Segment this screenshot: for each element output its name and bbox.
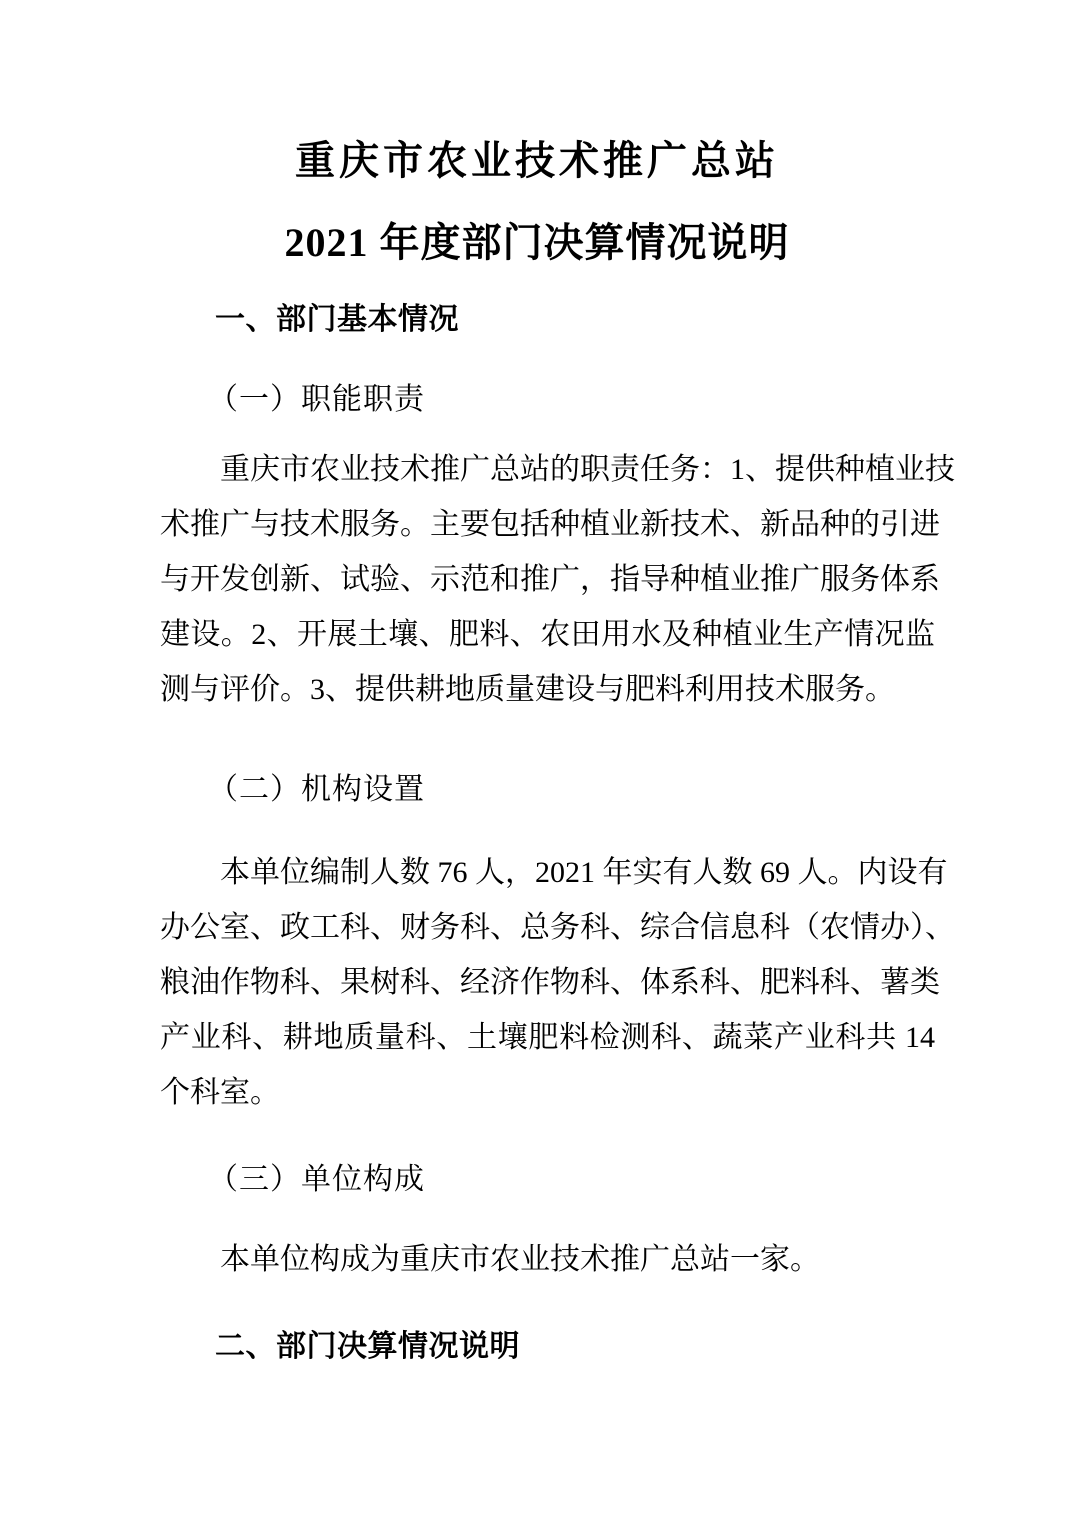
subsection-heading-duties: （一）职能职责 xyxy=(208,383,425,417)
section-heading-basic-info: 一、部门基本情况 xyxy=(215,303,459,337)
section-heading-final-accounts: 二、部门决算情况说明 xyxy=(215,1330,520,1364)
paragraph-organization: 本单位编制人数 76 人，2021 年实有人数 69 人。内设有 办公室、政工科… xyxy=(160,845,935,1120)
subsection-heading-unit-composition: （三）单位构成 xyxy=(208,1163,425,1197)
subsection-heading-organization: （二）机构设置 xyxy=(208,773,425,807)
document-title-line1: 重庆市农业技术推广总站 xyxy=(0,137,1074,185)
document-title-line2: 2021 年度部门决算情况说明 xyxy=(0,219,1074,267)
paragraph-line: 本单位编制人数 76 人，2021 年实有人数 69 人。内设有 xyxy=(160,845,935,900)
paragraph-line: 粮油作物科、果树科、经济作物科、体系科、肥料科、薯类 xyxy=(160,955,935,1010)
paragraph-line: 产业科、耕地质量科、土壤肥料检测科、蔬菜产业科共 14 xyxy=(160,1010,935,1065)
paragraph-line: 重庆市农业技术推广总站的职责任务：1、提供种植业技 xyxy=(160,442,935,497)
paragraph-line: 测与评价。3、提供耕地质量建设与肥料利用技术服务。 xyxy=(160,662,935,717)
paragraph-line: 本单位构成为重庆市农业技术推广总站一家。 xyxy=(160,1232,935,1287)
paragraph-line: 与开发创新、试验、示范和推广，指导种植业推广服务体系 xyxy=(160,552,935,607)
paragraph-line: 个科室。 xyxy=(160,1065,935,1120)
paragraph-line: 建设。2、开展土壤、肥料、农田用水及种植业生产情况监 xyxy=(160,607,935,662)
paragraph-unit-composition: 本单位构成为重庆市农业技术推广总站一家。 xyxy=(160,1232,935,1287)
paragraph-line: 术推广与技术服务。主要包括种植业新技术、新品种的引进 xyxy=(160,497,935,552)
paragraph-line: 办公室、政工科、财务科、总务科、综合信息科（农情办）、 xyxy=(160,900,935,955)
document-page: 重庆市农业技术推广总站 2021 年度部门决算情况说明 一、部门基本情况 （一）… xyxy=(0,0,1074,1520)
paragraph-duties: 重庆市农业技术推广总站的职责任务：1、提供种植业技 术推广与技术服务。主要包括种… xyxy=(160,442,935,717)
